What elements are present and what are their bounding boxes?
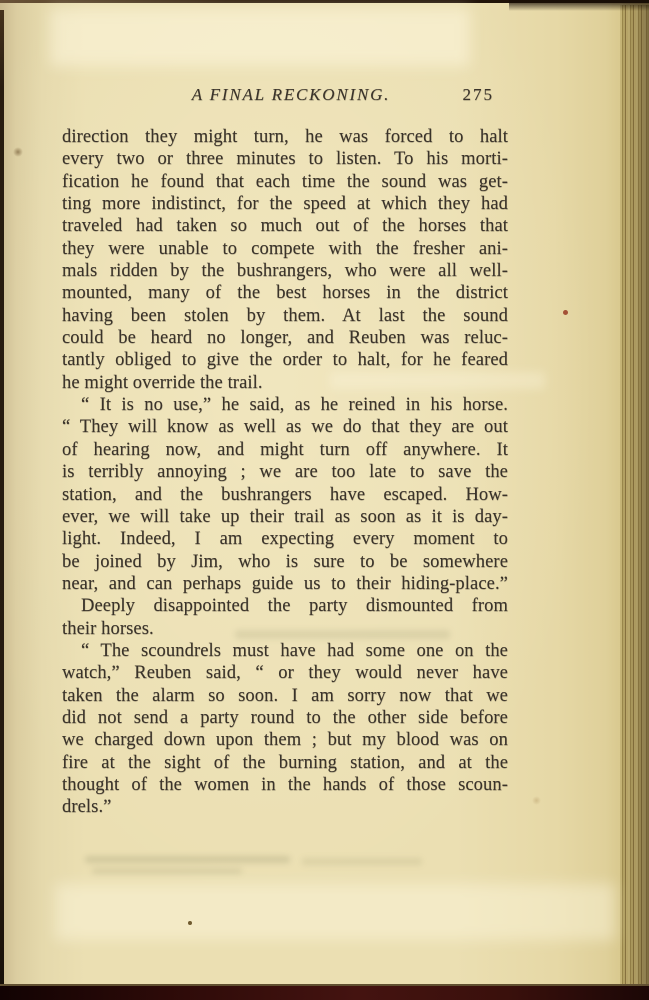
running-header: A FINAL RECKONING. 275 — [62, 85, 508, 105]
text-line: ever, we will take up their trail as soo… — [62, 506, 508, 528]
text-line: direction they might turn, he was forced… — [62, 126, 508, 148]
text-line: watch,” Reuben said, “ or they would nev… — [62, 662, 508, 684]
show-through-text — [302, 858, 422, 865]
text-line: near, and can perhaps guide us to their … — [62, 573, 508, 595]
text-line: mals ridden by the bushrangers, who were… — [62, 260, 508, 282]
text-line: he might override the trail. — [62, 372, 508, 394]
text-line: could be heard no longer, and Reuben was… — [62, 327, 508, 349]
page-edges — [620, 5, 649, 987]
ink-speck — [13, 147, 23, 157]
text-line: “ It is no use,” he said, as he reined i… — [62, 394, 508, 416]
book-cover-bottom — [0, 984, 649, 1000]
text-line: they were unable to compete with the fre… — [62, 238, 508, 260]
text-line: station, and the bushrangers have escape… — [62, 484, 508, 506]
ink-speck — [532, 796, 541, 805]
scan-light-band — [50, 8, 470, 66]
body-text: direction they might turn, he was forced… — [62, 126, 508, 819]
text-line: “ The scoundrels must have had some one … — [62, 640, 508, 662]
text-line: tantly obliged to give the order to halt… — [62, 349, 508, 371]
text-line: drels.” — [62, 796, 508, 818]
text-line: taken the alarm so soon. I am sorry now … — [62, 685, 508, 707]
text-line: mounted, many of the best horses in the … — [62, 282, 508, 304]
ink-speck — [188, 921, 192, 925]
text-line: thought of the women in the hands of tho… — [62, 774, 508, 796]
text-line: Deeply disappointed the party dismounted… — [62, 595, 508, 617]
text-line: “ They will know as well as we do that t… — [62, 416, 508, 438]
chapter-title: A FINAL RECKONING. — [68, 85, 514, 105]
text-line: their horses. — [62, 618, 508, 640]
text-line: ting more indistinct, for the speed at w… — [62, 193, 508, 215]
text-line: having been stolen by them. At last the … — [62, 305, 508, 327]
text-line: be joined by Jim, who is sure to be some… — [62, 551, 508, 573]
book-cover-corner — [509, 0, 649, 11]
text-line: we charged down upon them ; but my blood… — [62, 729, 508, 751]
scan-light-band — [55, 884, 615, 940]
text-line: fire at the sight of the burning station… — [62, 752, 508, 774]
scanned-book-page: A FINAL RECKONING. 275 direction they mi… — [0, 0, 649, 1000]
show-through-text — [92, 868, 242, 874]
text-line: traveled had taken so much out of the ho… — [62, 215, 508, 237]
text-line: every two or three minutes to listen. To… — [62, 148, 508, 170]
text-line: did not send a party round to the other … — [62, 707, 508, 729]
page-number: 275 — [463, 85, 495, 105]
text-line: is terribly annoying ; we are too late t… — [62, 461, 508, 483]
show-through-text — [85, 856, 290, 863]
text-line: fication he found that each time the sou… — [62, 171, 508, 193]
text-line: of hearing now, and might turn off anywh… — [62, 439, 508, 461]
ink-speck — [563, 310, 568, 315]
gutter-shadow — [0, 10, 4, 987]
text-line: light. Indeed, I am expecting every mome… — [62, 528, 508, 550]
